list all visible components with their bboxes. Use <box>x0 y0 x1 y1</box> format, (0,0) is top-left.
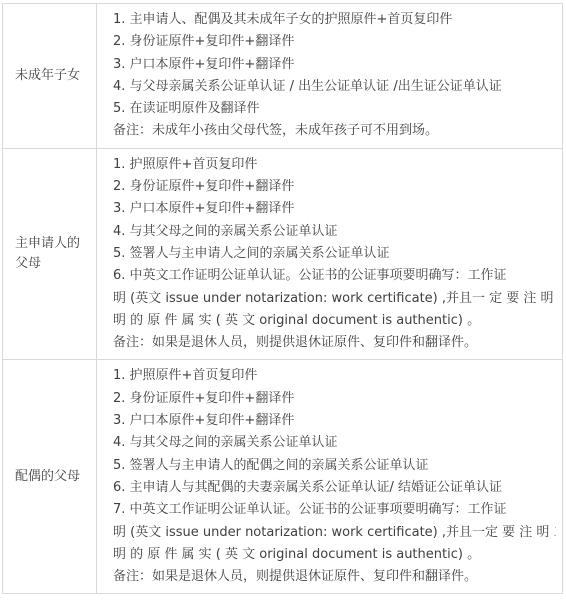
table-row: 未成年子女1. 主申请人、配偶及其未成年子女的护照原件+首页复印件2. 身份证原… <box>3 4 563 149</box>
requirement-line: 3. 户口本原件+复印件+翻译件 <box>113 410 556 432</box>
requirement-line: 4. 与其父母之间的亲属关系公证单认证 <box>113 432 556 454</box>
requirement-line: 2. 身份证原件+复印件+翻译件 <box>113 388 556 410</box>
requirement-line: 1. 护照原件+首页复印件 <box>113 154 556 176</box>
requirements-table-body: 未成年子女1. 主申请人、配偶及其未成年子女的护照原件+首页复印件2. 身份证原… <box>3 4 563 594</box>
requirement-line: 1. 护照原件+首页复印件 <box>113 365 556 387</box>
row-label: 未成年子女 <box>3 4 97 149</box>
requirement-line: 5. 在读证明原件及翻译件 <box>113 98 556 120</box>
requirement-line: 备注：未成年小孩由父母代签，未成年孩子可不用到场。 <box>113 120 556 142</box>
requirement-line: 明 的 原 件 属 实 ( 英 文 original document is a… <box>113 544 556 566</box>
requirement-line: 6. 主申请人与其配偶的夫妻亲属关系公证单认证/ 结婚证公证单认证 <box>113 477 556 499</box>
row-requirements: 1. 护照原件+首页复印件2. 身份证原件+复印件+翻译件3. 户口本原件+复印… <box>97 360 563 594</box>
requirement-line: 1. 主申请人、配偶及其未成年子女的护照原件+首页复印件 <box>113 9 556 31</box>
row-requirements: 1. 护照原件+首页复印件2. 身份证原件+复印件+翻译件3. 户口本原件+复印… <box>97 148 563 360</box>
requirement-line: 7. 中英文工作证明公证单认证。公证书的公证事项要明确写：工作证 <box>113 499 556 521</box>
requirement-line: 3. 户口本原件+复印件+翻译件 <box>113 54 556 76</box>
requirement-line: 明 (英文 issue under notarization: work cer… <box>113 522 556 544</box>
requirement-line: 明 (英文 issue under notarization: work cer… <box>113 288 556 310</box>
table-row: 配偶的父母1. 护照原件+首页复印件2. 身份证原件+复印件+翻译件3. 户口本… <box>3 360 563 594</box>
requirement-line: 备注：如果是退休人员，则提供退休证原件、复印件和翻译件。 <box>113 332 556 354</box>
requirement-line: 2. 身份证原件+复印件+翻译件 <box>113 31 556 53</box>
requirement-line: 6. 中英文工作证明公证单认证。公证书的公证事项要明确写：工作证 <box>113 265 556 287</box>
row-requirements: 1. 主申请人、配偶及其未成年子女的护照原件+首页复印件2. 身份证原件+复印件… <box>97 4 563 149</box>
requirement-line: 2. 身份证原件+复印件+翻译件 <box>113 176 556 198</box>
row-label: 主申请人的父母 <box>3 148 97 360</box>
requirement-line: 备注：如果是退休人员，则提供退休证原件、复印件和翻译件。 <box>113 566 556 588</box>
requirement-line: 5. 签署人与主申请人之间的亲属关系公证单认证 <box>113 243 556 265</box>
row-label: 配偶的父母 <box>3 360 97 594</box>
requirement-line: 4. 与父母亲属关系公证单认证 / 出生公证单认证 /出生证公证单认证 <box>113 76 556 98</box>
requirement-line: 明 的 原 件 属 实 ( 英 文 original document is a… <box>113 310 556 332</box>
page: 未成年子女1. 主申请人、配偶及其未成年子女的护照原件+首页复印件2. 身份证原… <box>0 0 566 600</box>
requirements-table: 未成年子女1. 主申请人、配偶及其未成年子女的护照原件+首页复印件2. 身份证原… <box>2 3 563 594</box>
requirement-line: 4. 与其父母之间的亲属关系公证单认证 <box>113 221 556 243</box>
table-row: 主申请人的父母1. 护照原件+首页复印件2. 身份证原件+复印件+翻译件3. 户… <box>3 148 563 360</box>
requirement-line: 5. 签署人与主申请人的配偶之间的亲属关系公证单认证 <box>113 455 556 477</box>
requirement-line: 3. 户口本原件+复印件+翻译件 <box>113 198 556 220</box>
